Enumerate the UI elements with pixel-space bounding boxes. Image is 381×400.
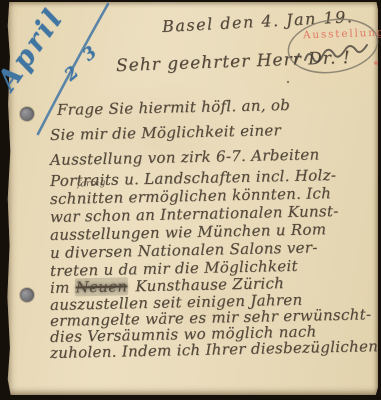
inserted-word: farbig	[77, 178, 106, 189]
scanned-letter: Basel den 4. Jan 19. Ausstellung Sehr ge…	[0, 0, 381, 400]
punch-hole-bottom	[20, 288, 34, 302]
punch-hole-top	[20, 107, 34, 121]
body-line-pre: im	[50, 278, 75, 297]
